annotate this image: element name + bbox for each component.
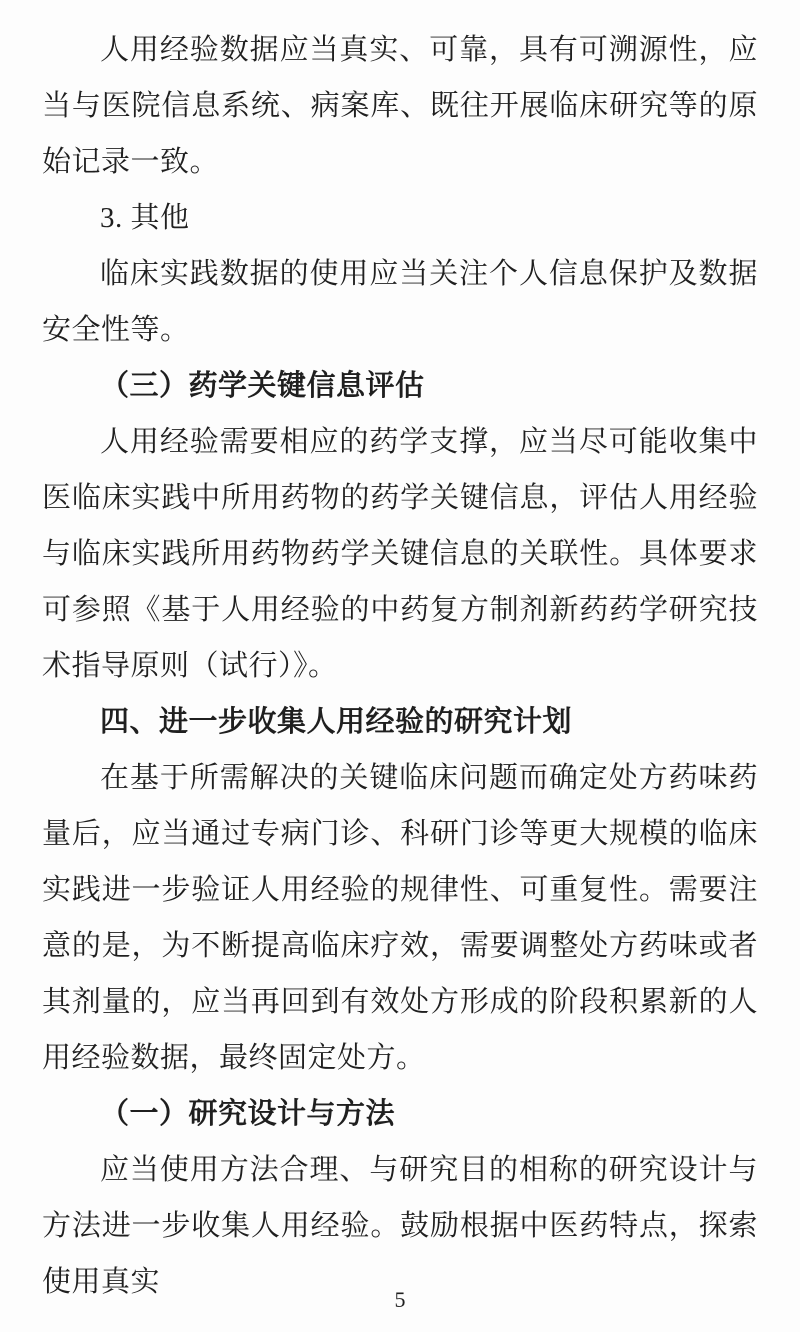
subsection-heading: （一）研究设计与方法	[42, 1086, 758, 1142]
page-number: 5	[0, 1286, 800, 1314]
document-body: 人用经验数据应当真实、可靠，具有可溯源性，应当与医院信息系统、病案库、既往开展临…	[42, 22, 758, 1310]
document-page: 人用经验数据应当真实、可靠，具有可溯源性，应当与医院信息系统、病案库、既往开展临…	[0, 0, 800, 1332]
paragraph: 应当使用方法合理、与研究目的相称的研究设计与方法进一步收集人用经验。鼓励根据中医…	[42, 1142, 758, 1310]
section-heading: 四、进一步收集人用经验的研究计划	[42, 694, 758, 750]
paragraph: 人用经验需要相应的药学支撑，应当尽可能收集中医临床实践中所用药物的药学关键信息，…	[42, 414, 758, 694]
paragraph: 人用经验数据应当真实、可靠，具有可溯源性，应当与医院信息系统、病案库、既往开展临…	[42, 22, 758, 190]
paragraph: 临床实践数据的使用应当关注个人信息保护及数据安全性等。	[42, 246, 758, 358]
paragraph: 在基于所需解决的关键临床问题而确定处方药味药量后，应当通过专病门诊、科研门诊等更…	[42, 750, 758, 1086]
subsection-heading: （三）药学关键信息评估	[42, 358, 758, 414]
numbered-item-heading: 3. 其他	[42, 190, 758, 246]
